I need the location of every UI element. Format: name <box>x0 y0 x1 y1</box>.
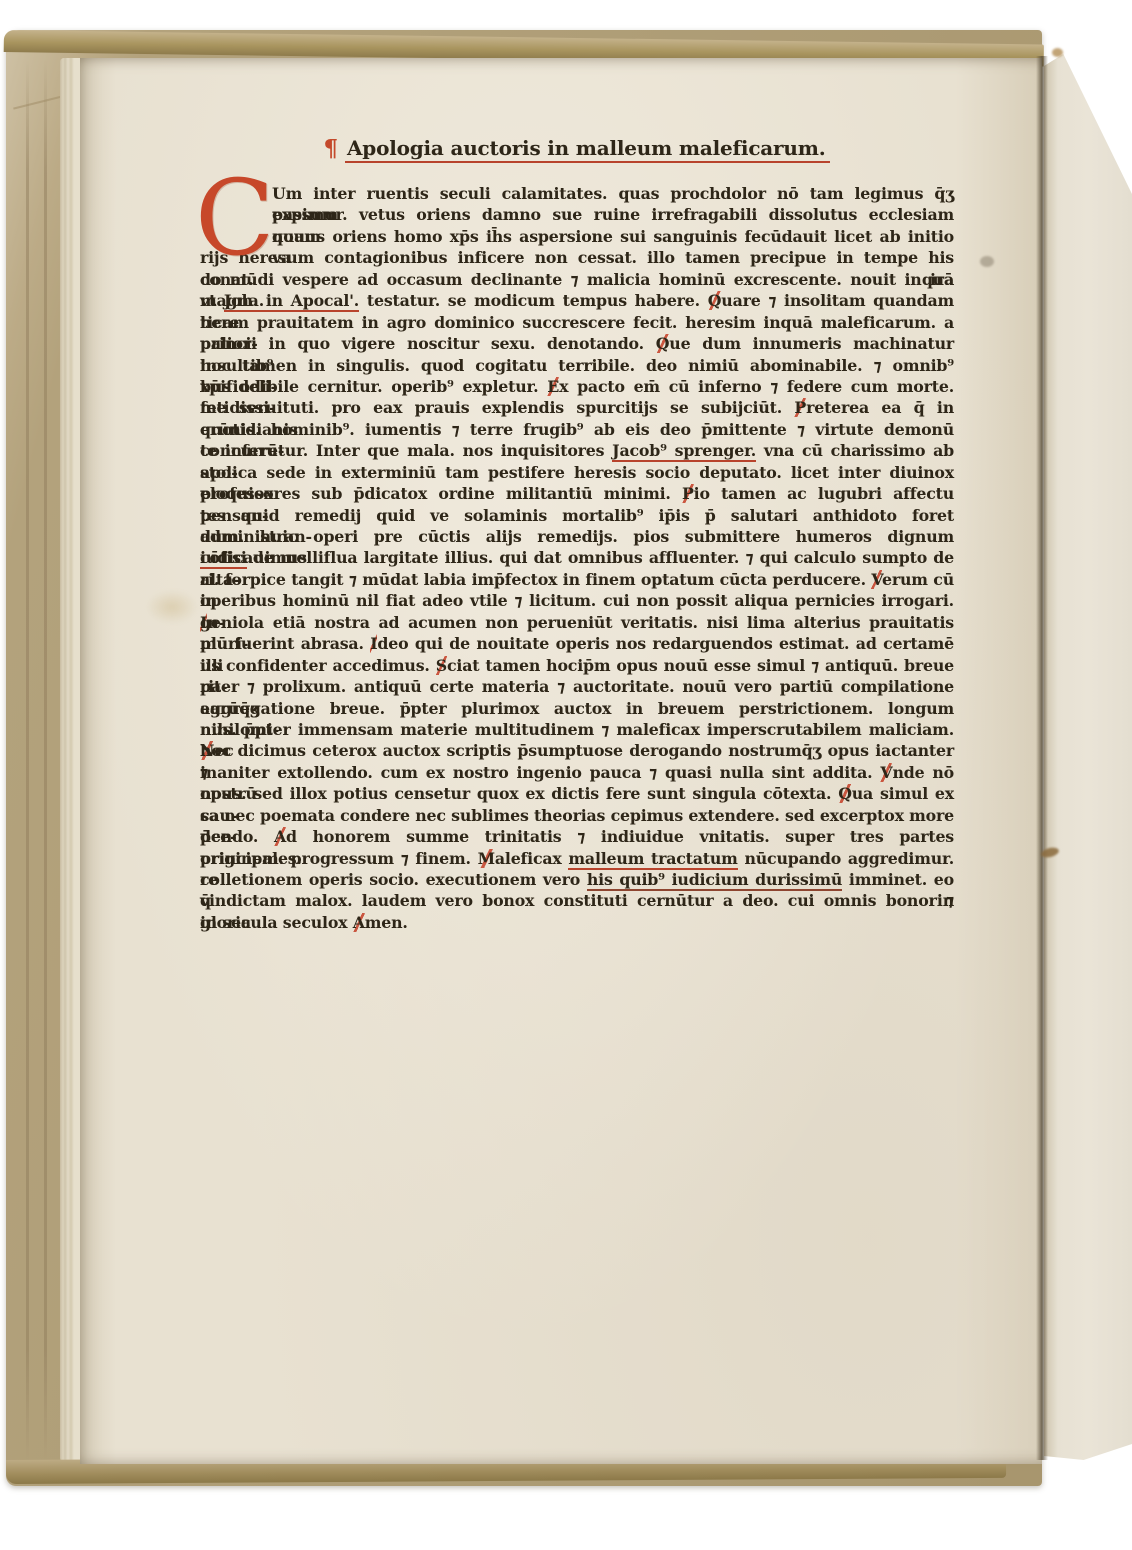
text-line: stolica sede in exterminiū tam pestifere… <box>200 462 954 483</box>
rubricated-text: V <box>871 570 882 589</box>
text-line: paliori in quo vigere noscitur sexu. den… <box>200 333 954 354</box>
text-line: Um inter ruentis seculi calamitates. qua… <box>272 183 954 204</box>
spine-crease <box>44 60 47 1460</box>
text-line: ri. forpice tangit ⁊ mūdat labia imp̄fec… <box>200 569 954 590</box>
drop-cap-initial: C <box>195 178 274 259</box>
text-line: erūnis. hominib⁹. iumentis ⁊ terre frugi… <box>200 419 954 440</box>
paper-stain <box>146 590 198 624</box>
body-text: professores sub p̄dicatox ordine militan… <box>200 484 682 503</box>
text-line: geniola etiā nostra ad acumen non peruen… <box>200 612 954 633</box>
text-line: inaniter extollendo. cum ex nostro ingen… <box>200 762 954 783</box>
flyleaf-page-edges <box>60 58 82 1462</box>
body-text: in secula seculox <box>200 913 353 932</box>
text-line: hoc dicimus ceterox auctox scriptis p̄su… <box>200 740 954 761</box>
body-text: inaniter extollendo. cum ex nostro ingen… <box>200 763 880 782</box>
text-line: in secula seculox Amen. <box>200 912 954 933</box>
text-line: do mūdi vespere ad occasum declinante ⁊ … <box>200 269 954 290</box>
body-text: men. <box>365 913 408 932</box>
body-text: mū fuerint abrasa. <box>200 634 370 653</box>
rubricated-text: A <box>274 827 286 846</box>
rubricated-text: Q <box>708 291 722 310</box>
text-line: dendo. Ad honorem summe trinitatis ⁊ ind… <box>200 826 954 847</box>
body-text: bus odibile cernitur. operib⁹ expletur. <box>200 377 547 396</box>
rubricated-text: cōfisi <box>200 548 247 569</box>
text-line: us confidenter accedimus. Sciat tamen ho… <box>200 655 954 676</box>
spine-crease <box>26 60 29 1460</box>
rubricated-text: V <box>880 763 892 782</box>
foxing-spot <box>1052 48 1063 57</box>
body-text: us confidenter accedimus. <box>200 656 436 675</box>
text-line: operibus hominū nil fiat adeo vtile ⁊ li… <box>200 590 954 611</box>
text-line: opus. sed illox potius censetur quox ex … <box>200 783 954 804</box>
body-text: originem. progressum ⁊ finem. <box>200 849 478 868</box>
text-line: nus. p̄pter immensam materie multitudine… <box>200 719 954 740</box>
text-line: me seruituti. pro eax prauis explendis s… <box>200 397 954 418</box>
text-line: bus odibile cernitur. operib⁹ expletur. … <box>200 376 954 397</box>
rubricated-text: P <box>794 398 806 417</box>
body-text: te inferūtur. Inter que mala. nos inquis… <box>200 441 612 460</box>
adjacent-page-edge <box>1044 52 1132 1462</box>
text-line: colletionem operis socio. executionem ve… <box>200 869 954 890</box>
body-text: testatur. se modicum tempus habere. <box>359 291 708 310</box>
body-text: nus. p̄pter immensam materie multitudine… <box>200 720 954 739</box>
rubricated-text: malleum tractatum <box>568 849 737 870</box>
text-line: cōfisi de melliflua largitate illius. qu… <box>200 547 954 568</box>
page-text: ¶Apologia auctoris in malleum maleficaru… <box>200 134 954 933</box>
text-line: nouus oriens homo xp̄s ih̄s aspersione s… <box>272 226 954 247</box>
text-line: ticam prauitatem in agro dominico succre… <box>200 312 954 333</box>
text-line: professores sub p̄dicatox ordine militan… <box>200 483 954 504</box>
rubricated-text: Q <box>656 334 670 353</box>
body-text: ri. forpice tangit ⁊ mūdat labia imp̄fec… <box>200 570 871 589</box>
ink-smudge <box>980 256 994 267</box>
text-line: riter ⁊ prolixum. antiquū certe materia … <box>200 676 954 697</box>
text-line: sa nec poemata condere nec sublimes theo… <box>200 805 954 826</box>
body-text: vt <box>200 291 224 310</box>
text-line: te inferūtur. Inter que mala. nos inquis… <box>200 440 954 461</box>
text-line: aggregatione breue. p̄pter plurimox auct… <box>200 698 954 719</box>
rubricated-text: Q <box>838 784 852 803</box>
text-line: hoc tamen in singulis. quod cogitatu ter… <box>200 355 954 376</box>
body-lines: Um inter ruentis seculi calamitates. qua… <box>200 183 954 933</box>
text-line: originem. progressum ⁊ finem. Maleficax … <box>200 848 954 869</box>
body-text: paliori in quo vigere noscitur sexu. den… <box>200 334 656 353</box>
body-text: colletionem operis socio. executionem ve… <box>200 870 587 889</box>
text-line: tes quid remedij quid ve solaminis morta… <box>200 505 954 526</box>
body-text: operibus hominū nil fiat adeo vtile ⁊ li… <box>200 591 954 610</box>
page-heading: ¶Apologia auctoris in malleum maleficaru… <box>200 134 954 162</box>
body-text: opus. sed illox potius censetur quox ex … <box>200 784 838 803</box>
rubricated-text: A <box>353 913 365 932</box>
page-title: Apologia auctoris in malleum maleficarum… <box>345 136 831 163</box>
text-line: vindictam malox. laudem vero bonox const… <box>200 890 954 911</box>
text-line: dum. huic operi pre cūctis alijs remedij… <box>200 526 954 547</box>
rubricated-text: Jacob⁹ sprenger. <box>612 441 756 462</box>
rubricated-text: S <box>436 656 447 675</box>
rubricated-text: E <box>547 377 559 396</box>
text-line: rijs heresum contagionibus inficere non … <box>200 247 954 268</box>
capitulum-mark-icon: ¶ <box>324 135 338 162</box>
rubricated-text: Joh. in Apocal'. <box>224 291 359 312</box>
text-line: mū fuerint abrasa. Ideo qui de nouitate … <box>200 633 954 654</box>
gutter-crease <box>1036 56 1048 1460</box>
body-text: me seruituti. pro eax prauis explendis s… <box>200 398 794 417</box>
rubricated-text: P <box>682 484 694 503</box>
text-line: expimur. vetus oriens damno sue ruine ir… <box>272 204 954 225</box>
body-text: aleficax <box>495 849 569 868</box>
rubricated-text: M <box>478 849 495 868</box>
body-text: dendo. <box>200 827 274 846</box>
rubricated-text: his quib⁹ iudicium durissimū <box>587 870 842 891</box>
text-line: vt Joh. in Apocal'. testatur. se modicum… <box>200 290 954 311</box>
